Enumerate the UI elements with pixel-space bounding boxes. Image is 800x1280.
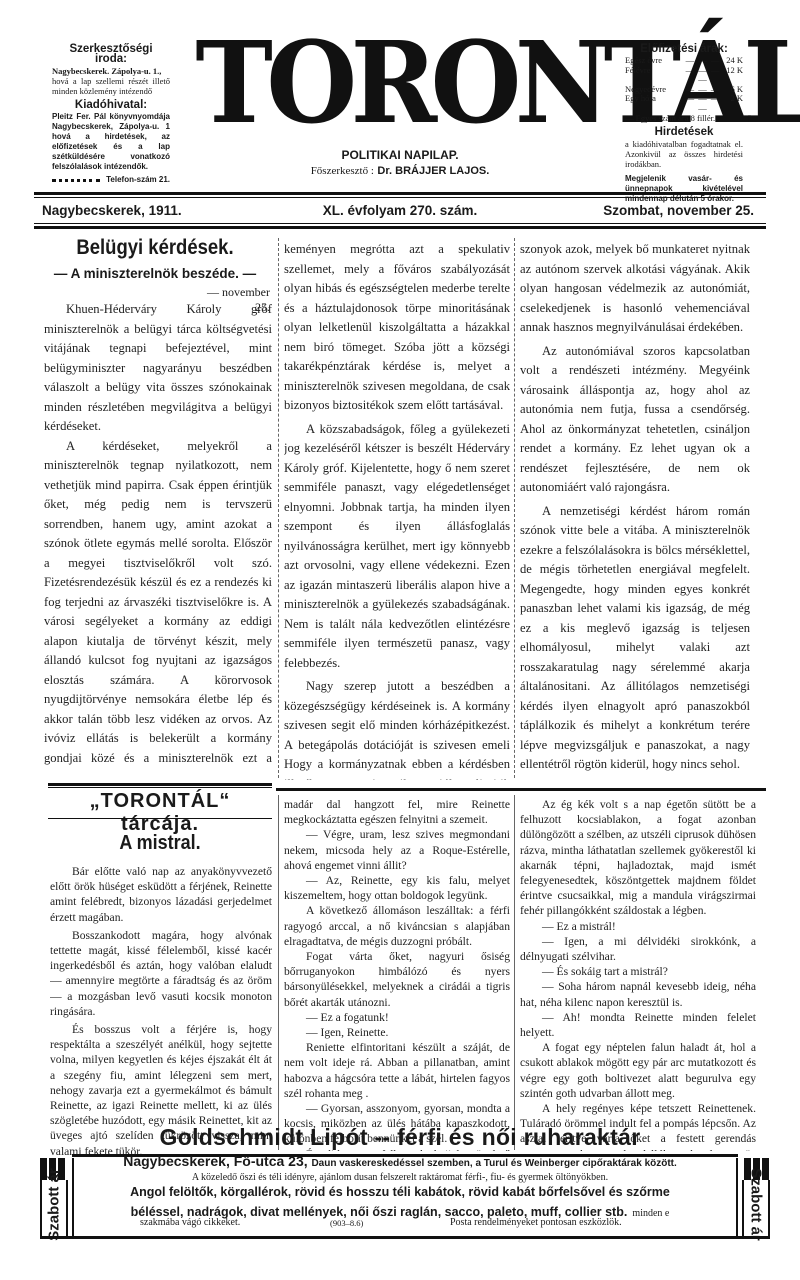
ad-address: Nagybecskerek, Fő-utca 23, Daun vaskeres… xyxy=(80,1153,720,1169)
column-divider xyxy=(278,238,279,778)
header-rule-bottom xyxy=(34,223,766,229)
ad-bottom-rule xyxy=(40,1236,770,1239)
newspaper-subtitle: POLITIKAI NAPILAP. xyxy=(300,148,500,162)
paragraph: Az autonómiával szoros kapcsolatban volt… xyxy=(520,342,750,498)
ads-text: a kiadóhivatalban fogadtatnak el. Azonki… xyxy=(625,139,743,169)
price-row: Félévre— — — —12 K xyxy=(625,66,743,85)
paragraph: szonyok azok, melyek bő munkateret nyitn… xyxy=(520,240,750,338)
paragraph: — Igen, a mi délvidéki sirokkónk, a déln… xyxy=(520,934,756,964)
ads-heading: Hirdetések xyxy=(625,127,743,137)
paragraph: A fogat egy néptelen falun haladt át, ho… xyxy=(520,1040,756,1101)
paragraph: — Ah! mondta Reinette minden felelet hel… xyxy=(520,1010,756,1040)
paragraph: — És sokáig tart a mistrál? xyxy=(520,964,756,979)
ad-items-line-1: Angol felöltők, körgallérok, rövid és ho… xyxy=(80,1185,720,1199)
paragraph: A nemzetiségi kérdést három román szónok… xyxy=(520,502,750,775)
article-column-3: szonyok azok, melyek bő munkateret nyitn… xyxy=(520,240,750,780)
editorial-address: Nagybecskerek. Zápolya-u. 1., xyxy=(52,66,170,76)
paragraph: Fogat várta őket, nagyuri ősiség bőrruga… xyxy=(284,949,510,1010)
paragraph: — Igen, Reinette. xyxy=(284,1025,510,1040)
paragraph: Reniette elfintoritani készült a száját,… xyxy=(284,1040,510,1101)
section-rule xyxy=(276,788,766,791)
paragraph: A tulajdonképeni politikának csak egy pa… xyxy=(520,779,750,781)
subscription-box: Előfizetési árak: Egész évre— — —24 K Fé… xyxy=(625,42,743,204)
price-row: Egy hóra— — — —2 K xyxy=(625,94,743,113)
paragraph: Khuen-Héderváry Károly gróf minisztereln… xyxy=(44,300,272,437)
publication-note: Megjelenik vasár- és ünnepnapok kivételé… xyxy=(625,174,743,204)
ad-headline: Goldschmidt Lipót -- férfi és női ruhara… xyxy=(80,1124,720,1151)
dateline-place-year: Nagybecskerek, 1911. xyxy=(42,203,182,218)
paragraph: A kérdéseket, melyekről a miniszterelnök… xyxy=(44,437,272,771)
publisher-text: Pleitz Fer. Pál könyvnyomdája Nagybecske… xyxy=(52,112,170,172)
paragraph: — Ez a mistrál! xyxy=(520,919,756,934)
column-divider xyxy=(278,795,279,1150)
ad-postal-note: Posta rendelményeket pontosan eszközlök. xyxy=(450,1217,622,1228)
editor-label: Főszerkesztő : xyxy=(311,165,374,177)
ad-right-inner-rule xyxy=(736,1158,738,1238)
dateline-date: Szombat, november 25. xyxy=(603,203,754,218)
section-rule xyxy=(48,818,272,819)
ad-left-inner-rule xyxy=(72,1158,74,1238)
single-issue-price: — Egyes szám ára 8 fillér. xyxy=(625,113,743,123)
column-divider xyxy=(514,795,515,1150)
editor-name: Dr. BRÁJJER LAJOS. xyxy=(377,165,489,177)
paragraph: Bár előtte való nap az anyakönyvvezető e… xyxy=(50,864,272,925)
header-rule-top xyxy=(34,192,766,198)
article-column-1: Khuen-Héderváry Károly gróf minisztereln… xyxy=(44,300,272,770)
paragraph: Nagy szerep jutott a beszédben a közegés… xyxy=(284,677,510,780)
paragraph: — Az, Reinette, egy kis falu, melyet kis… xyxy=(284,873,510,903)
ad-left-side-label: Szabott ár xyxy=(46,1155,63,1255)
ad-intro: A közeledő őszi és téli idényre, ajánlom… xyxy=(80,1172,720,1183)
ad-items-line-3: szakmába vágó cikkeket. xyxy=(140,1217,240,1228)
paragraph: madár dal hangzott fel, mire Reinette me… xyxy=(284,797,510,827)
publisher-heading: Kiadóhivatal: xyxy=(52,100,170,110)
paragraph: — Végre, uram, lesz szives megmondani ne… xyxy=(284,827,510,873)
feuilleton-column-3: Az ég kék volt s a nap égetőn sütött be … xyxy=(520,797,756,1151)
editor-line: Főszerkesztő : Dr. BRÁJJER LAJOS. xyxy=(280,164,520,177)
paragraph: Bosszankodott magára, hogy alvónak tette… xyxy=(50,928,272,1019)
feuilleton-column-2: madár dal hangzott fel, mire Reinette me… xyxy=(284,797,510,1151)
article-headline: Belügyi kérdések. xyxy=(54,236,256,260)
paragraph: Az ég kék volt s a nap égetőn sütött be … xyxy=(520,797,756,919)
subscription-heading: Előfizetési árak: xyxy=(625,44,743,54)
editorial-note: hová a lap szellemi részét illető minden… xyxy=(52,76,170,96)
phone-number: Telefon-szám 21. xyxy=(52,175,170,185)
article-subheadline: — A miniszterelnök beszéde. — xyxy=(40,266,270,281)
ad-right-side-label: Szabott ár xyxy=(748,1155,765,1255)
paragraph: — Soha három napnál kevesebb ideig, néha… xyxy=(520,979,756,1009)
feuilleton-section-title: „TORONTÁL“ tárcája. xyxy=(48,790,272,836)
article-column-2: keményen megrótta azt a spekulativ szell… xyxy=(284,240,510,780)
newspaper-title: TORONTÁL xyxy=(195,28,604,148)
paragraph: keményen megrótta azt a spekulativ szell… xyxy=(284,240,510,416)
column-divider xyxy=(514,238,515,778)
editorial-heading: Szerkesztőségi iroda: xyxy=(52,44,170,64)
feuilleton-column-1: Bár előtte való nap az anyakönyvvezető e… xyxy=(50,864,272,1160)
feuilleton-headline: A mistral. xyxy=(59,832,261,855)
dateline-volume: XL. évfolyam 270. szám. xyxy=(280,203,520,218)
paragraph: A következő állomáson leszálltak: a férf… xyxy=(284,903,510,949)
ad-code: (903–8.6) xyxy=(330,1218,363,1228)
decorative-bar xyxy=(52,175,100,182)
section-rule xyxy=(48,783,272,788)
editorial-office-box: Szerkesztőségi iroda: Nagybecskerek. Záp… xyxy=(52,42,170,185)
paragraph: — Ez a fogatunk! xyxy=(284,1010,510,1025)
paragraph: A közszabadságok, főleg a gyülekezeti jo… xyxy=(284,420,510,674)
